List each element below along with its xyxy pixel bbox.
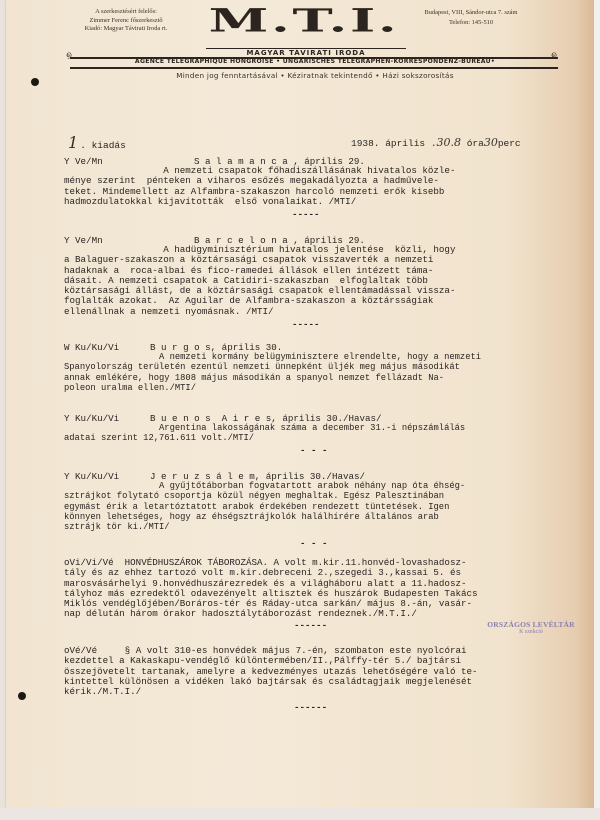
item-code: Y Ve/Mn: [64, 235, 103, 246]
item-code: Y Ku/Ku/Vi: [64, 471, 119, 482]
rule: [70, 67, 558, 69]
org-name-fr-de: AGENCE TÉLÉGRAPHIQUE HONGROISE • UNGARIS…: [70, 58, 560, 65]
dateline: 1938. április .30.8 óra30perc: [351, 136, 521, 149]
punch-hole: [31, 78, 39, 86]
org-name-hu: MAGYAR TÁVIRATI IRODA: [206, 49, 406, 57]
letterhead-address: Budapest, VIII, Sándor-utca 7. szám Tele…: [396, 8, 546, 28]
item-code: Y Ku/Ku/Vi: [64, 413, 119, 424]
punch-hole: [18, 692, 26, 700]
item-body: oVi/Vi/Vé HONVÉDHUSZÁROK TÁBOROZÁSA. A v…: [64, 558, 584, 620]
news-item-salamanca: Y Ve/Mn S a l a m a n c a , április 29. …: [64, 156, 584, 207]
item-separator: ------: [294, 702, 327, 713]
item-separator: - - -: [300, 445, 328, 456]
item-headline: S a l a m a n c a , április 29.: [194, 156, 365, 167]
item-body: oVé/Vé § A volt 310-es honvédek május 7.…: [64, 646, 584, 697]
item-headline: B u r g o s, április 30.: [150, 342, 282, 353]
item-code: Y Ve/Mn: [64, 156, 103, 167]
news-item-jerusalem: Y Ku/Ku/Vi J e r u z s á l e m, április …: [64, 471, 584, 532]
edition-label: 1. kiadás: [68, 133, 126, 152]
handwritten-day: 30.8: [437, 136, 462, 149]
scan-border: [594, 0, 600, 820]
item-headline: B u e n o s A i r e s, április 30./Havas…: [150, 413, 382, 424]
handwritten-minute: 30: [484, 136, 498, 149]
rights-notice: Minden jog fenntartásával • Kéziratnak t…: [70, 71, 560, 80]
news-item-barcelona: Y Ve/Mn B a r c e l o n a , április 29. …: [64, 235, 584, 317]
item-headline: J e r u z s á l e m, április 30./Havas/: [150, 471, 365, 482]
item-separator: -----: [292, 209, 320, 220]
letterhead-editor-info: A szerkesztésért felelős: Zimmer Ferenc …: [66, 8, 186, 34]
item-code: W Ku/Ku/Vi: [64, 342, 119, 353]
news-item-buenos-aires: Y Ku/Ku/Vi B u e n o s A i r e s, áprili…: [64, 413, 584, 444]
news-item-burgos: W Ku/Ku/Vi B u r g o s, április 30. A ne…: [64, 342, 584, 393]
item-separator: -----: [292, 319, 320, 330]
scan-border: [0, 808, 600, 820]
item-body: A nemzeti kormány belügyminisztere elren…: [64, 342, 584, 393]
item-headline: B a r c e l o n a , április 29.: [194, 235, 365, 246]
item-body: A hadügyminisztérium hivatalos jelentése…: [64, 235, 584, 317]
item-separator: ------: [294, 620, 327, 631]
mti-logo: M.T.I.: [183, 5, 426, 37]
news-item-honvedhuszarok: oVi/Vi/Vé HONVÉDHUSZÁROK TÁBOROZÁSA. A v…: [64, 558, 584, 620]
item-separator: - - -: [300, 538, 328, 549]
archive-stamp: ORSZÁGOS LEVÉLTÁR K szekció: [476, 620, 586, 635]
edition-number: 1: [68, 133, 78, 152]
document-page: A szerkesztésért felelős: Zimmer Ferenc …: [6, 0, 594, 808]
news-item-310-honvedek: oVé/Vé § A volt 310-es honvédek május 7.…: [64, 646, 584, 697]
